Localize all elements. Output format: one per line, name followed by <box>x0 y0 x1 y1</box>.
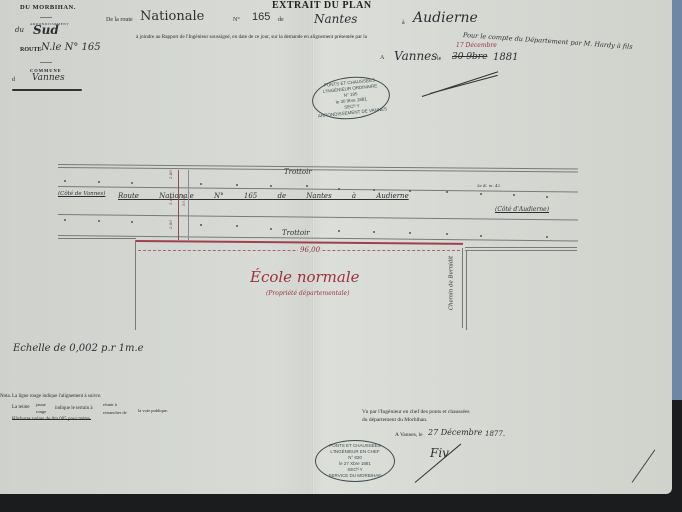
approval-date: 27 Décembre <box>428 428 482 437</box>
nota-action1: réunir à <box>103 402 117 407</box>
route-type: Nationale <box>140 9 204 24</box>
nota-teinte-rouge: rouge <box>36 409 46 414</box>
route-no: 165 <box>252 11 270 23</box>
approval-line2: du département du Morbihan. <box>362 417 427 423</box>
width-measure-line-2 <box>188 170 189 240</box>
flourish <box>12 89 82 91</box>
date-struck: 30 9bre <box>452 52 487 62</box>
date-prefix: le <box>437 56 441 62</box>
date-correction: 17 Décembre <box>456 42 497 49</box>
side-road-edge-right <box>466 250 467 330</box>
from-city: Nantes <box>314 12 357 26</box>
parcel-name: École normale <box>250 268 360 286</box>
width-measure-line <box>178 170 179 240</box>
route-no-label: N° <box>233 17 240 23</box>
width-top: 2.80 <box>168 170 173 179</box>
place: Vannes <box>394 49 437 63</box>
left-side-label: (Côté de Vannes) <box>58 191 105 197</box>
stamp-line: SERVICE DU MORBIHAN <box>316 473 394 479</box>
commune-value: Vannes <box>32 73 65 83</box>
trottoir-top-label: Trottoir <box>284 168 312 176</box>
divider <box>40 62 52 63</box>
nota-teinte: La teinte <box>12 405 30 410</box>
road-label: Route Nationale N° 165 de Nantes à Audie… <box>118 192 409 200</box>
side-road-edge-left <box>462 248 463 328</box>
width-total: 10.60 <box>181 195 186 206</box>
parcel-owner: (Propriété départementale) <box>266 290 349 297</box>
curb-bottom <box>58 214 578 220</box>
width-mid: 5.00 <box>168 196 173 205</box>
report-text: à joindre au Rapport de l'Ingénieur sous… <box>136 34 367 40</box>
nota-teinte-jaune: jaune <box>36 402 46 407</box>
approval-place: A Vannes, le <box>395 432 423 438</box>
trottoir-bottom-label: Trottoir <box>282 229 310 237</box>
road-edge-bottom-inner <box>58 238 136 239</box>
width-bottom: 2.80 <box>168 220 173 229</box>
arrondissement-prefix: du <box>15 26 24 34</box>
margin-pencil-mark <box>632 449 656 482</box>
kilometer-marker: 3e K. m. 42 <box>477 183 500 188</box>
scale-label: Echelle de 0,002 p.r 1m.e <box>13 343 144 354</box>
engineer-stamp: PONTS ET CHAUSSÉES L'INGÉNIEUR ORDINAIRE… <box>310 73 392 123</box>
from-label: de <box>278 17 284 23</box>
document-sheet: DU MORBIHAN. ARRONDISSEMENT du Sud ROUTE… <box>0 0 672 494</box>
approval-line1: Vu par l'Ingénieur en chef des ponts et … <box>362 409 470 415</box>
right-side-label: (Côté d'Audierne) <box>495 206 549 213</box>
year: 1881 <box>493 52 518 63</box>
page-title: EXTRAIT DU PLAN <box>272 0 372 11</box>
nota-line1: La ligne rouge indique l'alignement à su… <box>12 394 101 399</box>
road-edge-right <box>465 247 577 248</box>
chief-engineer-stamp: PONTS ET CHAUSSÉES L'INGÉNIEUR EN CHEF N… <box>315 440 395 482</box>
frontage-length: 96,00 <box>298 246 322 254</box>
alignment-red-line <box>136 240 463 244</box>
nota-indique: indique le terrain à <box>55 406 93 411</box>
road-edge-right-inner <box>465 250 577 251</box>
commune-prefix: d <box>12 77 15 83</box>
route-value: N.le N° 165 <box>41 42 101 53</box>
to-city: Audierne <box>413 10 478 26</box>
chief-engineer-initials: Fiv <box>430 446 449 460</box>
divider <box>40 17 52 18</box>
nota-struck: Hâchures noires de 0m.005 pour mètre. <box>12 417 91 422</box>
to-label: à <box>402 20 405 26</box>
approval-year: 1877. <box>485 430 505 438</box>
nota-label: Nota. <box>0 394 11 399</box>
side-road-label: Chemin de Bernidit <box>448 256 454 311</box>
place-prefix: A <box>380 55 384 61</box>
nota-voie: la voie publique. <box>138 408 168 413</box>
parcel-boundary-left <box>135 240 136 330</box>
arrondissement-value: Sud <box>33 23 59 37</box>
background-edge <box>672 0 682 400</box>
route-line-prefix: De la route <box>106 17 133 23</box>
department-label: DU MORBIHAN. <box>20 4 76 11</box>
nota-action2: retrancher de <box>103 410 127 415</box>
engineer-signature-stroke <box>430 75 498 94</box>
route-label: ROUTE <box>20 47 41 53</box>
